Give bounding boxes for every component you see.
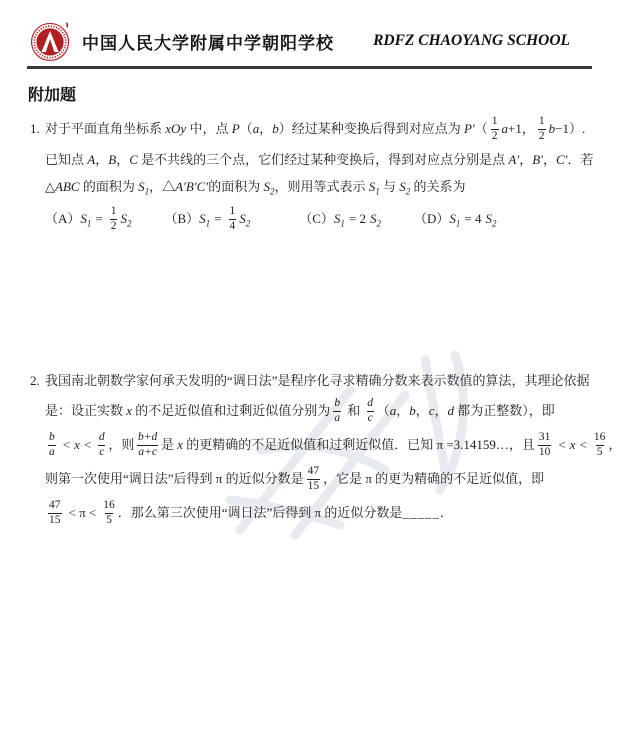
- fraction-denominator: 2: [110, 219, 118, 233]
- fraction-numerator: b: [49, 431, 55, 444]
- fraction-denominator: a: [48, 445, 56, 459]
- text: ．若: [568, 152, 594, 167]
- fraction-d-c: dc: [367, 397, 374, 424]
- q1-options: （A）S1=12S2（B）S1=14S2（C）S1= 2S2（D）S1= 4S2: [45, 201, 595, 237]
- section-title: 附加题: [28, 82, 619, 105]
- text: （: [240, 121, 253, 136]
- fraction-denominator: 5: [105, 513, 113, 527]
- equals-sign: = 4: [464, 211, 481, 226]
- var-B: B: [108, 152, 116, 167]
- fraction-47-15: 4715: [307, 465, 321, 492]
- text: 的不足近似值和过剩近似值分别为: [132, 403, 330, 418]
- text: ，: [95, 152, 108, 167]
- fraction-1-2: 12: [538, 115, 546, 142]
- q2-line1: 2.我国南北朝数学家何承天发明的“调日法”是程序化寻求精确分数来表示数值的算法，…: [45, 368, 595, 394]
- text: 是: [161, 437, 177, 452]
- q1-line3: △ABC 的面积为 S1，△A′B′C′的面积为 S2，则用等式表示 S1 与 …: [45, 173, 595, 201]
- text: ．那么第三次使用“调日法”后得到 π 的近似分数是: [118, 505, 403, 520]
- fraction-1-2: 12: [491, 115, 499, 142]
- var-P-prime: P′: [464, 121, 475, 136]
- q1-line1: 1.对于平面直角坐标系 xOy 中，点 P（a，b）经过某种变换后得到对应点为 …: [45, 111, 595, 147]
- text: ，则: [108, 437, 134, 452]
- fraction-numerator: 1: [539, 115, 545, 128]
- q2-line5: 4715< π <165．那么第三次使用“调日法”后得到 π 的近似分数是___…: [45, 496, 595, 530]
- fraction-1-4: 14: [229, 205, 237, 232]
- text: 中，点: [186, 121, 232, 136]
- fraction-16-5: 165: [103, 499, 115, 526]
- question-1: 1.对于平面直角坐标系 xOy 中，点 P（a，b）经过某种变换后得到对应点为 …: [30, 111, 595, 237]
- less-than-sign: <: [63, 437, 70, 452]
- text: 与: [380, 179, 400, 194]
- header: 中国人民大学附属中学朝阳学校 RDFZ CHAOYANG SCHOOL: [0, 0, 619, 62]
- fraction-denominator: 2: [538, 129, 546, 143]
- text: 则第一次使用“调日法”后得到 π 的近似分数是: [45, 471, 304, 486]
- fraction-16-5: 165: [594, 431, 606, 458]
- equals-sign: = 2: [349, 211, 366, 226]
- text: +1，: [508, 121, 535, 136]
- fraction-denominator: 4: [229, 219, 237, 233]
- fraction-b-a: ba: [333, 397, 341, 424]
- text: 都为正整数），即: [454, 403, 555, 418]
- subscript: 1: [87, 219, 92, 229]
- fraction-denominator: 2: [491, 129, 499, 143]
- var-ABC-prime: A′B′C′: [175, 179, 208, 194]
- subscript: 1: [456, 219, 461, 229]
- var-P: P: [232, 121, 240, 136]
- option-b-label: （B）: [164, 211, 199, 226]
- var-x: x: [74, 437, 80, 452]
- q2-line3: ba<x<dc，则b+da+c是 x 的更精确的不足近似值和过剩近似值．已知 π…: [45, 428, 595, 462]
- text: 和: [344, 403, 364, 418]
- text: ，: [519, 152, 532, 167]
- fraction-numerator: 16: [103, 499, 115, 512]
- fraction-31-10: 3110: [538, 431, 552, 458]
- text: 对于平面直角坐标系: [45, 121, 165, 136]
- text: （: [377, 403, 390, 418]
- less-than-sign: <: [84, 437, 91, 452]
- school-name-en: RDFZ CHAOYANG SCHOOL: [373, 32, 570, 50]
- fraction-denominator: 10: [538, 445, 552, 459]
- fraction-47-15: 4715: [48, 499, 62, 526]
- subscript: 2: [377, 219, 382, 229]
- text: （: [475, 121, 488, 136]
- fraction-numerator: 1: [111, 205, 117, 218]
- text: −1）.: [555, 121, 585, 136]
- text: 已知点: [45, 152, 87, 167]
- fraction-numerator: 1: [230, 205, 236, 218]
- question-2: 2.我国南北朝数学家何承天发明的“调日法”是程序化寻求精确分数来表示数值的算法，…: [30, 368, 595, 530]
- option-c-label: （C）: [299, 211, 334, 226]
- var-x: x: [570, 437, 576, 452]
- text: 的更精确的不足近似值和过剩近似值．已知 π =3.14159…，且: [183, 437, 535, 452]
- fraction-numerator: b+d: [138, 431, 157, 444]
- fraction-denominator: 15: [48, 513, 62, 527]
- option-a: （A）S1=12S2: [45, 211, 131, 226]
- text: ，△: [149, 179, 175, 194]
- text: ，则用等式表示: [274, 179, 368, 194]
- fraction-numerator: 31: [539, 431, 551, 444]
- school-logo-icon: [30, 20, 72, 62]
- fraction-denominator: 5: [596, 445, 604, 459]
- text: 我国南北朝数学家何承天发明的“调日法”是程序化寻求精确分数来表示数值的算法，其理…: [45, 373, 590, 388]
- fraction-numerator: 16: [594, 431, 606, 444]
- subscript: 2: [127, 219, 132, 229]
- school-name-cn: 中国人民大学附属中学朝阳学校: [82, 29, 334, 54]
- fraction-numerator: 47: [49, 499, 61, 512]
- text: ，: [396, 403, 409, 418]
- text: ，: [259, 121, 272, 136]
- fraction-numerator: b: [334, 397, 340, 410]
- text: ，: [435, 403, 448, 418]
- text: ，: [608, 437, 619, 452]
- option-d-label: （D）: [414, 211, 449, 226]
- q2-line2: 是：设正实数 x 的不足近似值和过剩近似值分别为ba 和 dc（a，b，c，d …: [45, 394, 595, 428]
- answer-blank: _____: [402, 505, 440, 520]
- subscript: 1: [340, 219, 345, 229]
- q2-line4: 则第一次使用“调日法”后得到 π 的近似分数是4715，它是 π 的更为精确的不…: [45, 462, 595, 496]
- option-d: （D）S1= 4S2: [414, 211, 496, 226]
- var-A-prime: A′: [508, 152, 519, 167]
- q1-line2: 已知点 A，B，C 是不共线的三个点，它们经过某种变换后，得到对应点分别是点 A…: [45, 147, 595, 173]
- exam-page: 中国人民大学附属中学朝阳学校 RDFZ CHAOYANG SCHOOL 附加题 …: [0, 0, 619, 751]
- text: △: [45, 179, 55, 194]
- text: 是：设正实数: [45, 403, 126, 418]
- text: ，它是 π 的更为精确的不足近似值，即: [323, 471, 544, 486]
- subscript: 2: [492, 219, 497, 229]
- fraction-numerator: 1: [492, 115, 498, 128]
- text: ）经过某种变换后得到对应点为: [279, 121, 464, 136]
- q2-number: 2.: [30, 368, 45, 394]
- option-b: （B）S1=14S2: [164, 211, 250, 226]
- fraction-denominator: c: [367, 411, 374, 425]
- fraction-denominator: 15: [307, 479, 321, 493]
- var-ABC: ABC: [55, 179, 80, 194]
- text: 是不共线的三个点，它们经过某种变换后，得到对应点分别是点: [138, 152, 509, 167]
- fraction-denominator: a+c: [137, 445, 158, 459]
- subscript: 1: [206, 219, 211, 229]
- inequality-pi: < π <: [69, 505, 97, 520]
- text: 的面积为: [208, 179, 263, 194]
- var-C: C: [129, 152, 138, 167]
- text: 的面积为: [80, 179, 139, 194]
- subscript: 2: [246, 219, 251, 229]
- fraction-1-2: 12: [110, 205, 118, 232]
- text: ．: [440, 505, 453, 520]
- fraction-bd-ac: b+da+c: [137, 431, 158, 458]
- less-than-sign: <: [580, 437, 587, 452]
- text: 的关系为: [410, 179, 465, 194]
- equals-sign: =: [95, 211, 102, 226]
- fraction-numerator: d: [367, 397, 373, 410]
- var-B-prime: B′: [532, 152, 543, 167]
- q1-number: 1.: [30, 111, 45, 147]
- fraction-denominator: c: [98, 445, 105, 459]
- var-C-prime: C′: [556, 152, 568, 167]
- fraction-numerator: 47: [308, 465, 320, 478]
- equals-sign: =: [214, 211, 221, 226]
- var-xOy: xOy: [165, 121, 186, 136]
- option-c: （C）S1= 2S2: [299, 211, 381, 226]
- header-rule: [27, 66, 592, 69]
- text: ，: [116, 152, 129, 167]
- fraction-denominator: a: [333, 411, 341, 425]
- fraction-b-a: ba: [48, 431, 56, 458]
- text: ，: [543, 152, 556, 167]
- option-a-label: （A）: [45, 211, 80, 226]
- less-than-sign: <: [558, 437, 565, 452]
- fraction-d-c: dc: [98, 431, 105, 458]
- fraction-numerator: d: [99, 431, 105, 444]
- text: ，: [416, 403, 429, 418]
